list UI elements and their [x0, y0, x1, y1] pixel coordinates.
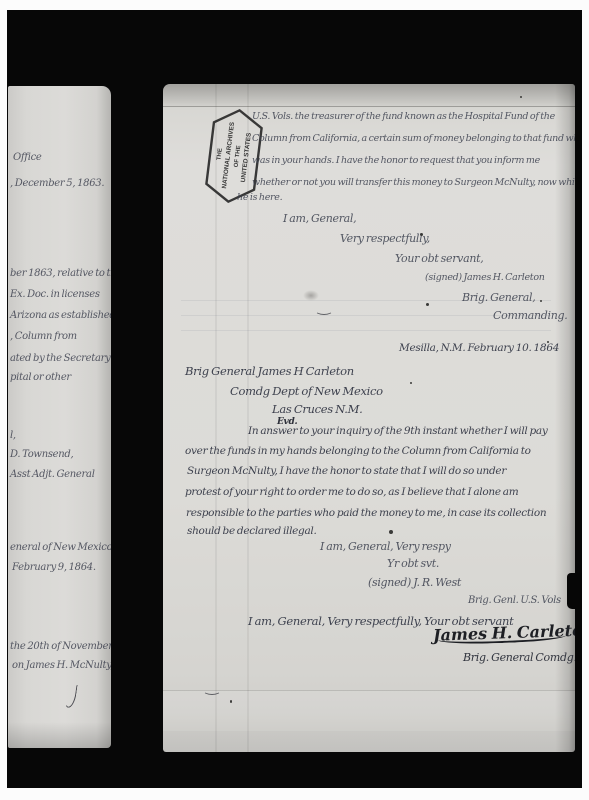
- left-page-fragment: , December 5, 1863.: [10, 178, 104, 189]
- paper-speck: [540, 300, 542, 302]
- paper-smudge: [303, 290, 319, 301]
- address-line: Comdg Dept of New Mexico: [230, 386, 383, 398]
- stamp-line: THE: [216, 148, 223, 161]
- scanner-background: Office , December 5, 1863. ber 1863, rel…: [7, 10, 582, 788]
- left-page-fragment: on James H. McNulty,: [12, 660, 111, 671]
- right-page: THE NATIONAL ARCHIVES OF THE UNITED STAT…: [163, 84, 575, 752]
- left-page-fragment: , Column from: [10, 331, 77, 342]
- closing-line: Your obt servant,: [395, 253, 483, 264]
- paper-speck: [420, 233, 423, 236]
- address-line: Las Cruces N.M.: [272, 404, 362, 416]
- closing-line: Very respectfully,: [340, 233, 430, 244]
- manuscript-line: whether or not you will transfer this mo…: [252, 178, 575, 188]
- left-page-fragment: Asst Adjt. General: [10, 469, 95, 480]
- faint-rule-line: [181, 330, 551, 331]
- manuscript-line: over the funds in my hands belonging to …: [185, 446, 531, 457]
- stamp-line: NATIONAL ARCHIVES: [221, 121, 236, 189]
- left-page-fragment: pital or other: [10, 372, 71, 383]
- left-page-fragment: the 20th of November: [10, 641, 111, 652]
- ink-squiggle: [64, 683, 77, 708]
- ink-squiggle: [315, 306, 333, 315]
- manuscript-line: In answer to your inquiry of the 9th ins…: [248, 426, 548, 437]
- left-page-fragment: eneral of New Mexico,: [10, 542, 111, 553]
- page-crease-bottom: [163, 690, 575, 731]
- manuscript-line: U.S. Vols. the treasurer of the fund kno…: [252, 112, 555, 122]
- dateline: Mesilla, N.M. February 10. 1864: [399, 343, 559, 354]
- scan-edge-notch: [567, 573, 582, 609]
- manuscript-line: protest of your right to order me to do …: [185, 487, 518, 498]
- manuscript-line: Column from California, a certain sum of…: [252, 134, 575, 144]
- paper-speck: [230, 700, 232, 703]
- left-page-fragment: Office: [13, 152, 42, 163]
- manuscript-line: should be declared illegal.: [187, 526, 317, 537]
- closing-line: Commanding.: [493, 310, 567, 321]
- manuscript-line: responsible to the parties who paid the …: [186, 508, 546, 519]
- signature-line: (signed) James H. Carleton: [425, 273, 545, 283]
- page-crease-top: [163, 84, 575, 107]
- left-page-fragment: ber 1863, relative to the: [10, 268, 111, 279]
- left-page-fragment: ated by the Secretary: [10, 353, 110, 364]
- closing-line: I am, General, Very respy: [320, 541, 451, 552]
- closing-line: Brig. General,: [462, 292, 535, 303]
- paper-speck: [520, 96, 522, 98]
- manuscript-line: Surgeon McNulty, I have the honor to sta…: [187, 466, 506, 477]
- left-page: Office , December 5, 1863. ber 1863, rel…: [8, 86, 111, 748]
- closing-line: Brig. Genl. U.S. Vols: [468, 596, 561, 606]
- signature-line: (signed) J. R. West: [368, 577, 461, 588]
- left-page-fragment: Ex. Doc. in licenses: [10, 289, 100, 300]
- manuscript-line: was in your hands. I have the honor to r…: [252, 156, 540, 166]
- address-line: Brig General James H Carleton: [185, 366, 354, 378]
- paper-speck: [547, 341, 549, 343]
- scanned-document: Office , December 5, 1863. ber 1863, rel…: [0, 0, 589, 800]
- left-page-fragment: D. Townsend,: [10, 449, 73, 460]
- left-page-fragment: February 9, 1864.: [12, 562, 96, 573]
- paper-speck: [426, 303, 429, 306]
- paper-speck: [389, 530, 393, 534]
- closing-line: Yr obt svt.: [387, 558, 439, 569]
- closing-line: I am, General,: [283, 213, 356, 224]
- paper-speck: [410, 382, 412, 384]
- signature-title: Brig. General Comdg.: [463, 652, 575, 663]
- ink-squiggle: [203, 686, 221, 695]
- left-page-fragment: l,: [10, 430, 16, 441]
- left-page-fragment: Arizona as established,: [10, 310, 111, 321]
- manuscript-line: he is here.: [237, 193, 282, 203]
